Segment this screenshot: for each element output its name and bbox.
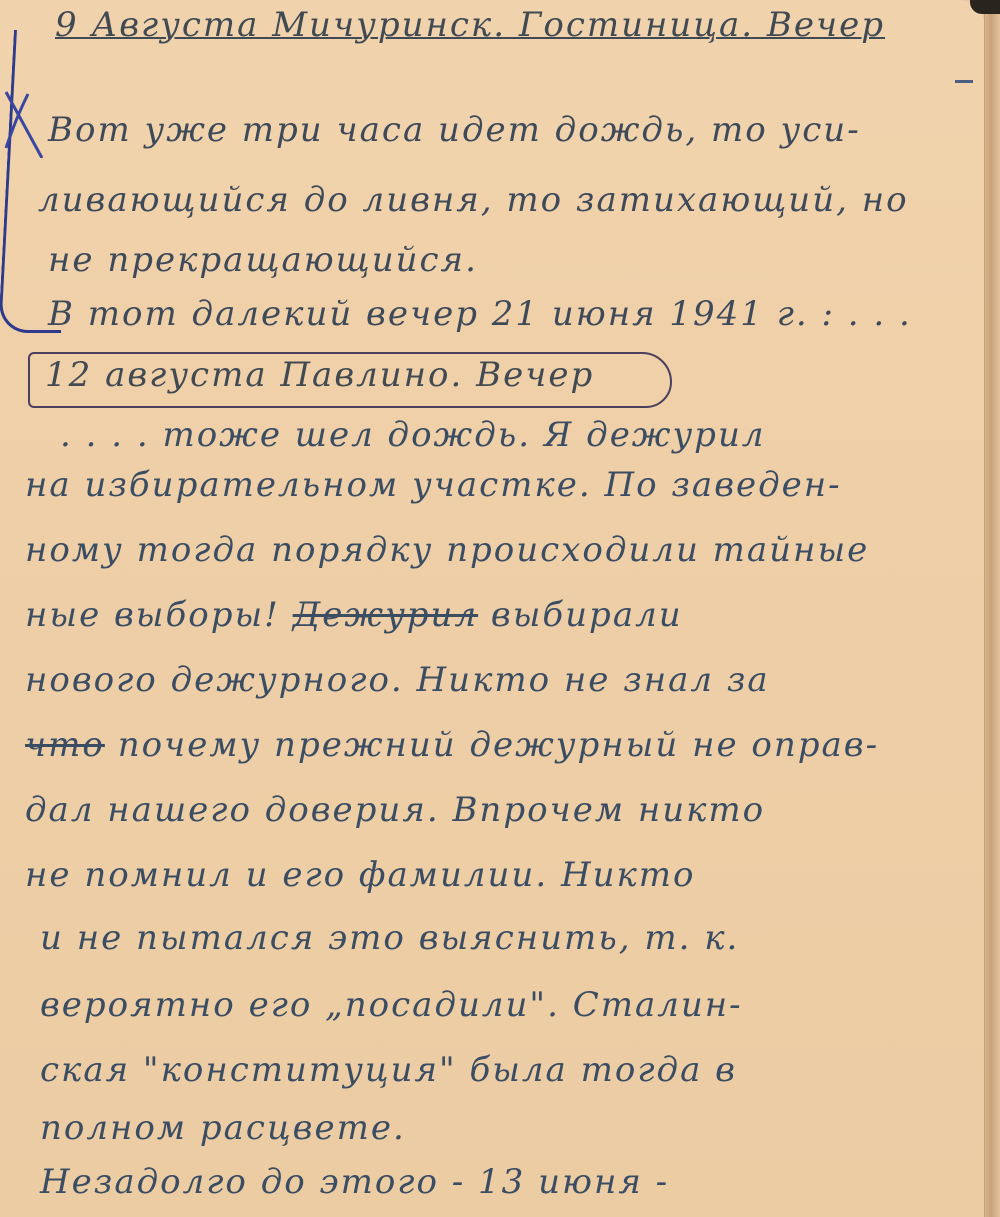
heading-text: 12 августа Павлино. Вечер: [45, 355, 594, 395]
text-line: ская "конституция" была тогда в: [40, 1050, 1000, 1090]
text-line: нового дежурного. Никто не знал за: [25, 660, 1000, 700]
text-line: В тот далекий вечер 21 июня 1941 г. : . …: [48, 294, 1000, 334]
text-fragment: почему прежний дежурный не оправ-: [118, 725, 879, 765]
struck-word: Дежурил: [293, 595, 478, 635]
entry-heading-aug-12: 12 августа Павлино. Вечер: [45, 355, 1000, 395]
text-line: ному тогда порядку происходили тайные: [25, 530, 1000, 570]
text-line: дал нашего доверия. Впрочем никто: [25, 790, 1000, 830]
text-line: Вот уже три часа идет дождь, то уси-: [48, 110, 1000, 150]
text-line: на избирательном участке. По заведен-: [25, 465, 1000, 505]
text-line: . . . . тоже шел дождь. Я дежурил: [60, 415, 1000, 455]
margin-cross-mark-icon: [2, 88, 46, 158]
text-line: и не пытался это выяснить, т. к.: [40, 918, 1000, 958]
text-fragment: ные выборы!: [25, 595, 280, 635]
text-line: вероятно его „посадили". Сталин-: [40, 985, 1000, 1025]
entry-heading-aug-9: 9 Августа Мичуринск. Гостиница. Вечер: [55, 5, 1000, 45]
margin-dash-mark: [955, 80, 973, 83]
heading-text: 9 Августа Мичуринск. Гостиница. Вечер: [55, 5, 885, 45]
text-line: не прекращающийся.: [48, 240, 1000, 280]
text-line: ливающийся до ливня, то затихающий, но: [38, 180, 1000, 220]
text-line: полном расцвете.: [40, 1108, 1000, 1148]
text-line: что почему прежний дежурный не оправ-: [25, 725, 1000, 765]
text-line: Незадолго до этого - 13 июня -: [40, 1162, 1000, 1202]
text-fragment: выбирали: [491, 595, 683, 635]
text-line: ные выборы! Дежурил выбирали: [25, 595, 1000, 635]
text-line: не помнил и его фамилии. Никто: [25, 855, 1000, 895]
struck-word: что: [25, 725, 105, 765]
